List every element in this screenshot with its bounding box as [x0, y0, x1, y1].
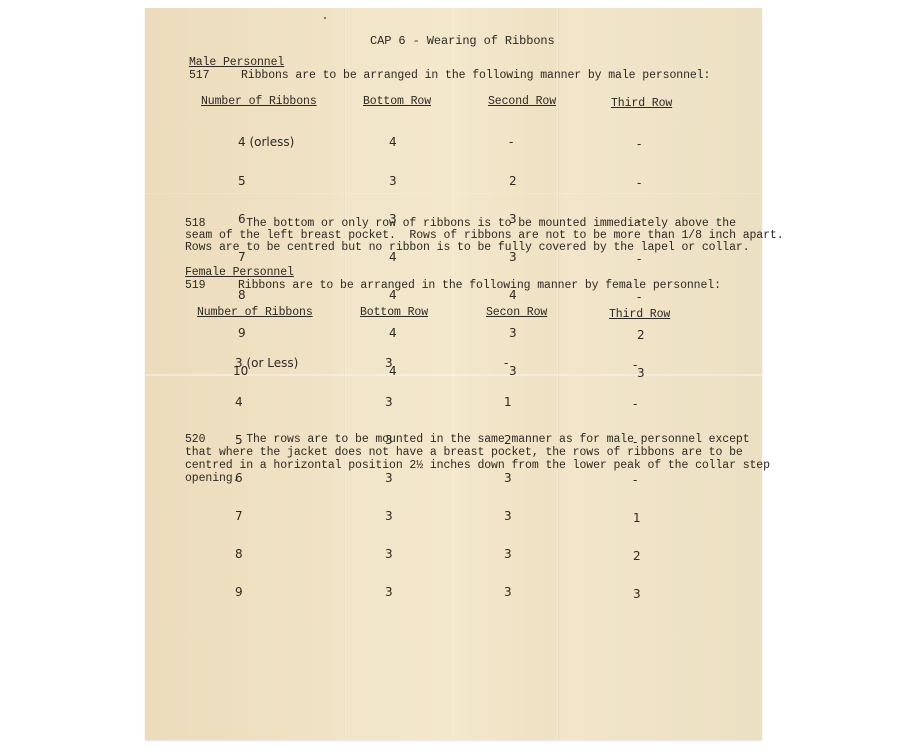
table-cell: - — [633, 398, 648, 411]
table-cell: - — [637, 291, 652, 304]
table-cell: 3 — [504, 548, 519, 561]
table-cell: 8 — [235, 548, 298, 561]
table-cell: - — [637, 177, 652, 190]
para-517-intro: Ribbons are to be arranged in the follow… — [241, 69, 710, 82]
female-table-col-bottom: 3 3 3 3 3 3 3 — [385, 332, 400, 624]
table-cell: 4 (orless) — [238, 136, 294, 149]
table-cell: 6 — [235, 472, 298, 485]
para-520-line-1: 520 The rows are to be mounted in the sa… — [185, 434, 750, 447]
table-cell: 3 — [385, 548, 400, 561]
table-cell: - — [633, 474, 648, 487]
ink-speck — [324, 17, 326, 19]
female-table-col-number: 3 (or Less) 4 5 6 7 8 9 — [235, 332, 298, 624]
typed-document-page: CAP 6 - Wearing of Ribbons Male Personne… — [145, 8, 762, 740]
female-table-header-second: Secon Row — [486, 306, 547, 319]
table-cell: 2 — [509, 175, 524, 188]
table-cell: 7 — [235, 510, 298, 523]
table-cell: 3 — [633, 588, 648, 601]
para-number-519: 519 — [185, 279, 205, 292]
table-cell: 5 — [238, 175, 294, 188]
male-table-header-bottom: Bottom Row — [363, 95, 431, 108]
table-cell: 3 — [385, 396, 400, 409]
female-table-col-second: - 1 2 3 3 3 3 — [504, 332, 519, 624]
table-cell: 1 — [633, 512, 648, 525]
para-520-line-4: opening. — [185, 473, 239, 486]
para-number-517: 517 — [189, 69, 209, 82]
table-cell: 9 — [235, 586, 298, 599]
table-cell: 2 — [633, 550, 648, 563]
female-table-header-third: Third Row — [609, 308, 670, 321]
table-cell: 3 — [385, 510, 400, 523]
female-table-header-number: Number of Ribbons — [197, 306, 313, 319]
female-table-header-bottom: Bottom Row — [360, 306, 428, 319]
table-cell: - — [504, 357, 519, 370]
section-heading-male: Male Personnel — [189, 56, 284, 69]
male-table-header-second: Second Row — [488, 95, 556, 108]
male-table-header-number: Number of Ribbons — [201, 95, 317, 108]
table-cell: 4 — [389, 136, 404, 149]
table-cell: - — [637, 138, 652, 151]
table-cell: 3 — [389, 175, 404, 188]
section-heading-female: Female Personnel — [185, 266, 294, 279]
table-cell: 3 — [504, 586, 519, 599]
table-cell: 1 — [504, 396, 519, 409]
para-518-line-3: Rows are to be centred but no ribbon is … — [185, 242, 750, 255]
document-title: CAP 6 - Wearing of Ribbons — [370, 35, 555, 48]
female-table-col-third: - - - - 1 2 3 — [633, 334, 648, 626]
male-table-header-third: Third Row — [611, 97, 672, 110]
para-520-line-3: centred in a horizontal position 2½ inch… — [185, 460, 770, 473]
table-cell: 3 (or Less) — [235, 357, 298, 370]
table-cell: 3 — [504, 510, 519, 523]
table-cell: 3 — [504, 472, 519, 485]
table-cell: 3 — [385, 586, 400, 599]
table-cell: 3 — [385, 357, 400, 370]
table-cell: - — [509, 136, 524, 149]
para-520-line-2: that where the jacket does not have a br… — [185, 447, 743, 460]
para-519-intro: Ribbons are to be arranged in the follow… — [238, 279, 721, 292]
table-cell: 3 — [385, 472, 400, 485]
table-cell: - — [633, 359, 648, 372]
table-cell: 4 — [235, 396, 298, 409]
